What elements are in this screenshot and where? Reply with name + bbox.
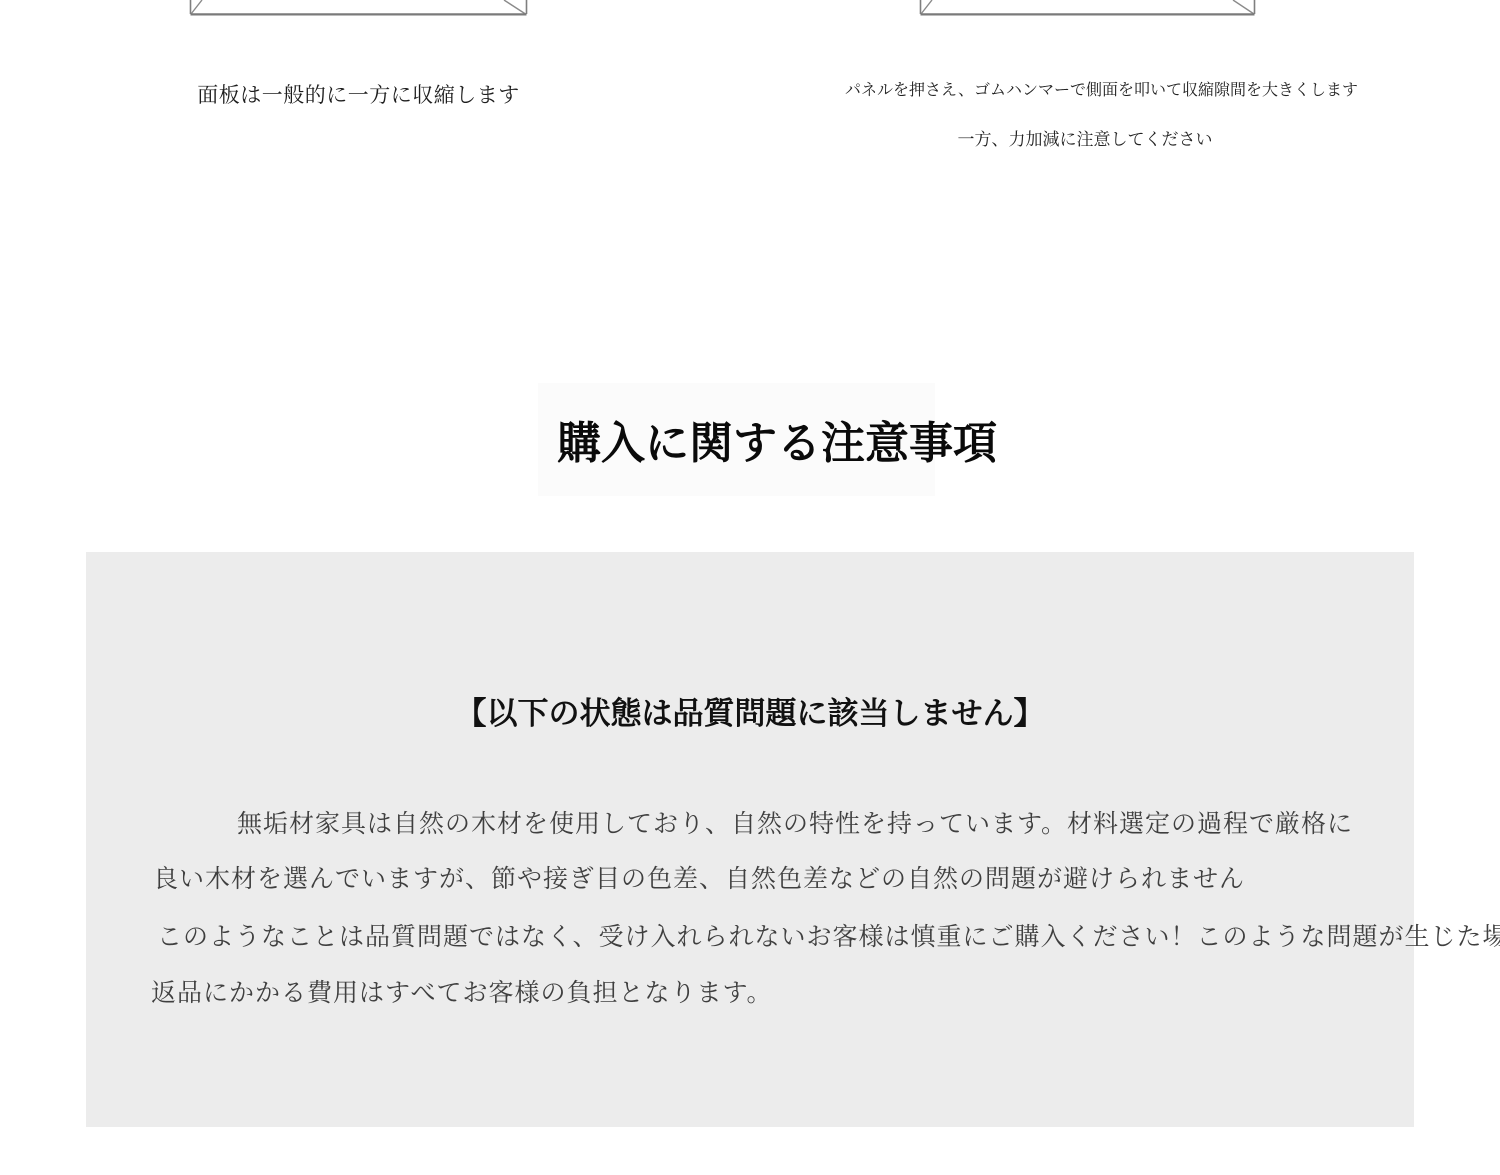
quality-notice-box: 【以下の状態は品質問題に該当しません】 無垢材家具は自然の木材を使用しており、自… bbox=[86, 552, 1414, 1127]
notice-paragraph-line: 返品にかかる費用はすべてお客様の負担となります。 bbox=[151, 981, 773, 1006]
right-figure-caption-line1: パネルを押さえ、ゴムハンマーで側面を叩いて収縮隙間を大きくします bbox=[845, 77, 1345, 100]
left-figure-caption: 面板は一般的に一方に収縮します bbox=[186, 79, 531, 109]
panel-shrink-diagram bbox=[185, 0, 532, 16]
quality-notice-heading: 【以下の状態は品質問題に該当しません】 bbox=[86, 688, 1414, 733]
notice-paragraph-line: このようなことは品質問題ではなく、受け入れられないお客様は慎重にご購入ください！… bbox=[157, 925, 1500, 950]
product-description-section: 面板は一般的に一方に収縮します パネルを押さえ、ゴムハンマーで側面を叩いて収縮隙… bbox=[0, 0, 1500, 1175]
panel-hammer-diagram bbox=[915, 0, 1260, 16]
purchase-notes-heading: 購入に関する注意事項 bbox=[557, 420, 997, 468]
right-figure-caption-line2: 一方、力加減に注意してください bbox=[845, 125, 1325, 150]
notice-paragraph-line: 良い木材を選んでいますが、節や接ぎ目の色差、自然色差などの自然の問題が避けられま… bbox=[153, 867, 1245, 892]
notice-paragraph-line: 無垢材家具は自然の木材を使用しており、自然の特性を持っています。材料選定の過程で… bbox=[237, 812, 1353, 837]
